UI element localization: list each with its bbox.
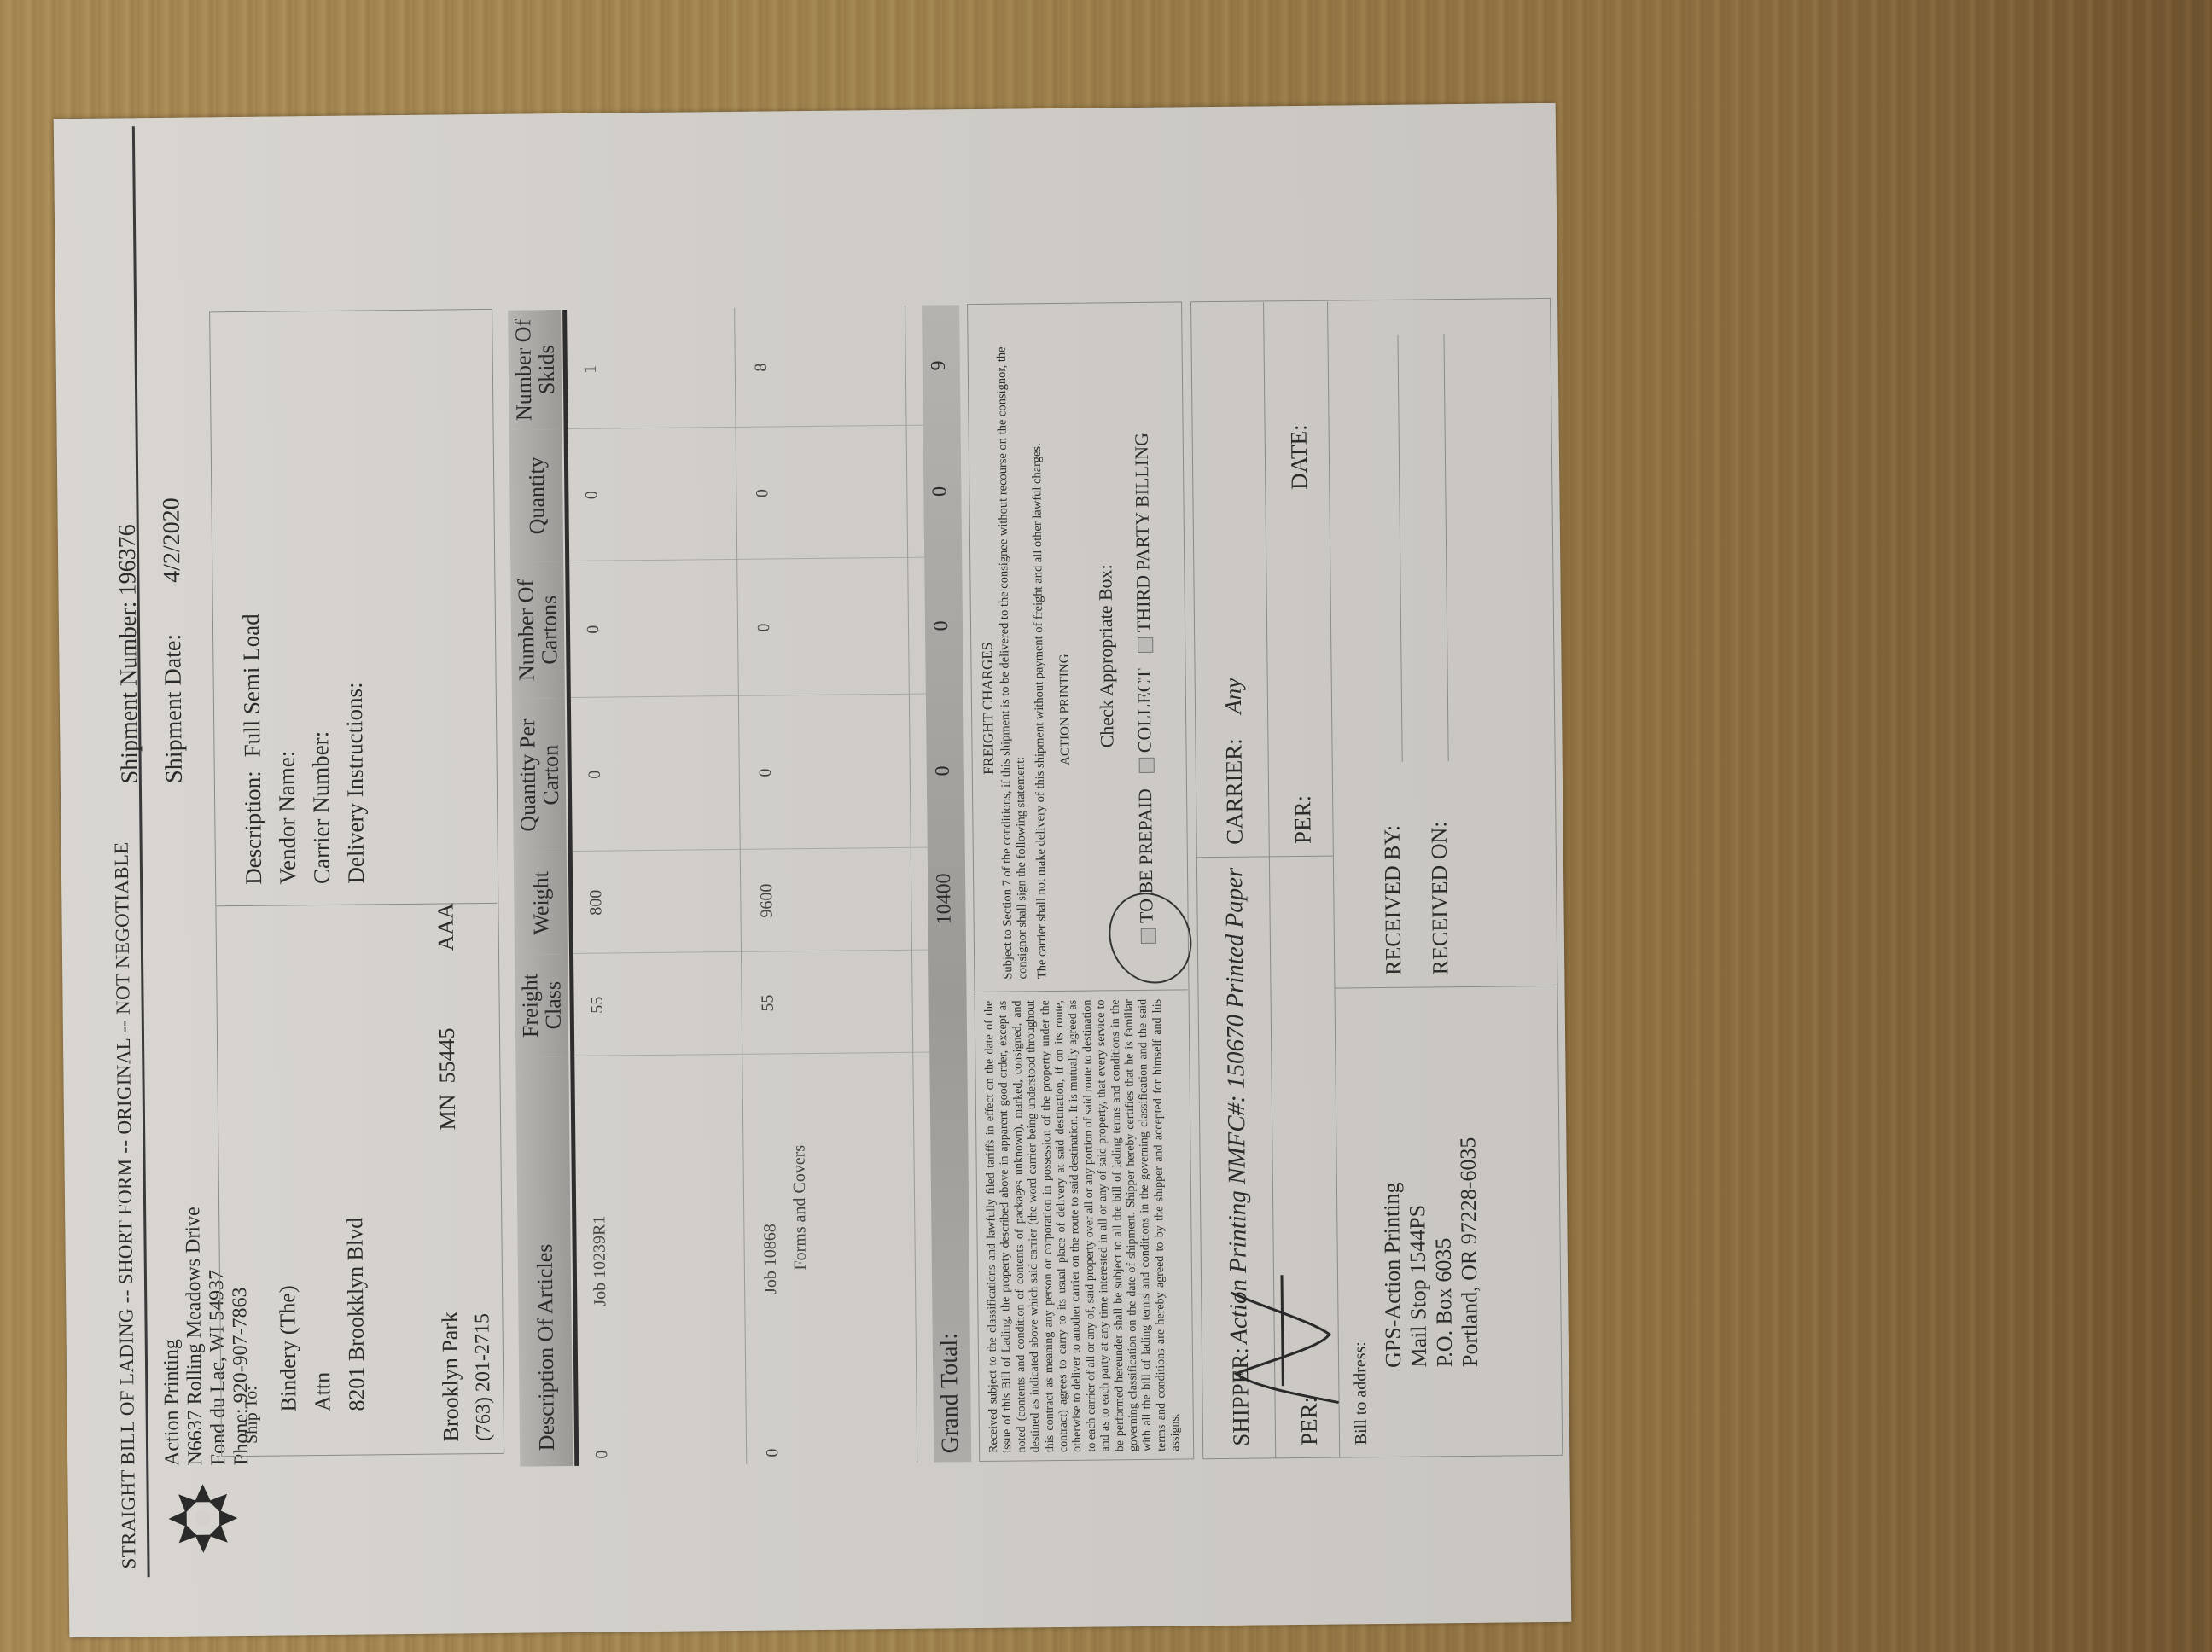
- grand-total-label: Grand Total:: [936, 1333, 964, 1454]
- column-divider: [573, 847, 931, 852]
- company-name: Action Printing: [159, 1207, 184, 1466]
- grand-total-values: [54, 119, 70, 1637]
- ship-to-zip: 55445: [434, 1027, 461, 1083]
- ship-to-address: Bindery (The) Attn 8201 Brookklyn Blvd: [270, 1218, 374, 1412]
- ship-to-state: MN: [435, 1094, 461, 1130]
- shipment-date: 4/2/2020: [158, 497, 186, 583]
- document-title: STRAIGHT BILL OF LADING -- SHORT FORM --…: [111, 841, 141, 1568]
- received-by-label: RECEIVED BY:: [1379, 825, 1406, 975]
- column-header: Description Of Articles: [515, 1056, 573, 1467]
- carrier-per-label: PER:: [1289, 795, 1317, 844]
- carrier-label: CARRIER:: [1220, 738, 1248, 845]
- ship-to-city: Brooklyn Park: [437, 1312, 464, 1442]
- freight-option[interactable]: COLLECT: [1133, 668, 1156, 773]
- ship-to-street: 8201 Brookklyn Blvd: [338, 1218, 374, 1411]
- ship-to-code: AAA: [433, 903, 459, 951]
- weight-cell: 800: [586, 852, 607, 954]
- shipment-date-label: Shipment Date:: [160, 634, 189, 783]
- shipment-details: Description:Full Semi Load Vendor Name: …: [234, 613, 373, 885]
- num-skids-cell: 8: [751, 307, 771, 427]
- bill-to-line: P.O. Box 6035: [1429, 1137, 1458, 1368]
- column-divider: [568, 425, 927, 429]
- grand-total-num-cartons: 0: [929, 557, 954, 694]
- carrier-value: Any: [1220, 678, 1247, 714]
- carrier-date-label: DATE:: [1286, 424, 1313, 490]
- article-subdescription: Forms and Covers: [789, 1003, 812, 1412]
- column-header: Number Of Cartons: [510, 561, 565, 699]
- carrier-number-field: Carrier Number:: [302, 613, 339, 884]
- checkbox-icon[interactable]: [1138, 637, 1153, 653]
- vendor-label: Vendor Name:: [273, 751, 300, 885]
- freight-option[interactable]: THIRD PARTY BILLING: [1131, 433, 1155, 653]
- grand-total-weight: 10400: [933, 847, 957, 950]
- bill-to-line: Mail Stop 1544PS: [1404, 1137, 1432, 1368]
- bill-to-line: GPS-Action Printing: [1378, 1137, 1406, 1368]
- column-divider: [571, 694, 929, 698]
- action-printing-logo-icon: [161, 1477, 244, 1560]
- ship-to-attn: Attn: [304, 1218, 340, 1411]
- check-box-label: Check Appropriate Box:: [1094, 564, 1118, 747]
- checkbox-icon[interactable]: [1139, 758, 1155, 773]
- ship-to-name: Bindery (The): [270, 1218, 306, 1411]
- description-field: Description:Full Semi Load: [234, 614, 271, 885]
- column-header: Weight: [514, 852, 568, 955]
- vendor-field: Vendor Name:: [268, 614, 305, 885]
- bill-to-address: GPS-Action PrintingMail Stop 1544PSP.O. …: [1378, 1137, 1483, 1368]
- ship-to-phone: (763) 201-2715: [471, 1313, 496, 1441]
- terms-text: Received subject to the classifications …: [983, 999, 1184, 1453]
- delivery-label: Delivery Instructions:: [341, 682, 369, 884]
- freight-charges-title: FREIGHT CHARGES: [979, 643, 998, 775]
- table-row-divider: [905, 306, 917, 1463]
- num-skids-cell: 1: [580, 310, 601, 429]
- weight-cell: 9600: [757, 849, 777, 951]
- freight-option-label: THIRD PARTY BILLING: [1131, 433, 1154, 632]
- received-on-label: RECEIVED ON:: [1426, 821, 1453, 974]
- freight-class-cell: 55: [587, 954, 608, 1056]
- article-description: Job 10239R1: [588, 1056, 612, 1466]
- table-row-divider: [734, 308, 747, 1464]
- description-value: Full Semi Load: [238, 614, 265, 757]
- freight-charges-signatory: ACTION PRINTING: [1057, 654, 1073, 765]
- bill-of-lading-sheet: STRAIGHT BILL OF LADING -- SHORT FORM --…: [54, 103, 1572, 1637]
- qty-per-carton-cell: 0: [585, 698, 606, 852]
- article-description: Job 10868: [759, 1054, 783, 1463]
- column-header: Quantity Per Carton: [512, 698, 567, 852]
- shipment-number-label: Shipment Number:: [115, 601, 144, 783]
- column-header: Number Of Skids: [508, 310, 562, 430]
- freight-option-label: COLLECT: [1133, 668, 1155, 753]
- num-cartons-cell: 0: [583, 561, 604, 698]
- column-header: Freight Class: [515, 954, 568, 1057]
- carrier-number-label: Carrier Number:: [307, 731, 335, 884]
- quantity-cell: 0: [753, 427, 774, 559]
- num-cartons-cell: 0: [754, 559, 775, 695]
- bill-to-label: Bill to address:: [1351, 1341, 1371, 1445]
- qty-per-carton-cell: 0: [755, 695, 777, 849]
- grand-total-qty-per-carton: 0: [931, 694, 956, 847]
- grand-total-quantity: 0: [928, 425, 953, 557]
- column-header: Quantity: [509, 429, 564, 562]
- column-divider: [574, 1052, 933, 1056]
- description-label: Description:: [240, 771, 266, 885]
- delivery-instructions-field: Delivery Instructions:: [336, 613, 373, 884]
- bill-to-line: Portland, OR 97228-6035: [1455, 1137, 1483, 1367]
- items-table: Description Of ArticlesFreight ClassWeig…: [508, 306, 929, 1467]
- shipment-number: 196376: [114, 524, 143, 596]
- column-divider: [573, 950, 932, 954]
- company-street: N6637 Rolling Meadows Drive: [182, 1207, 207, 1466]
- freight-class-cell: 55: [758, 951, 778, 1054]
- column-divider: [569, 557, 928, 561]
- quantity-cell: 0: [582, 429, 603, 561]
- ship-to-label: Ship To:: [242, 1386, 262, 1444]
- grand-total-num-skids: 9: [927, 305, 951, 425]
- handwritten-signature: [1217, 1197, 1348, 1421]
